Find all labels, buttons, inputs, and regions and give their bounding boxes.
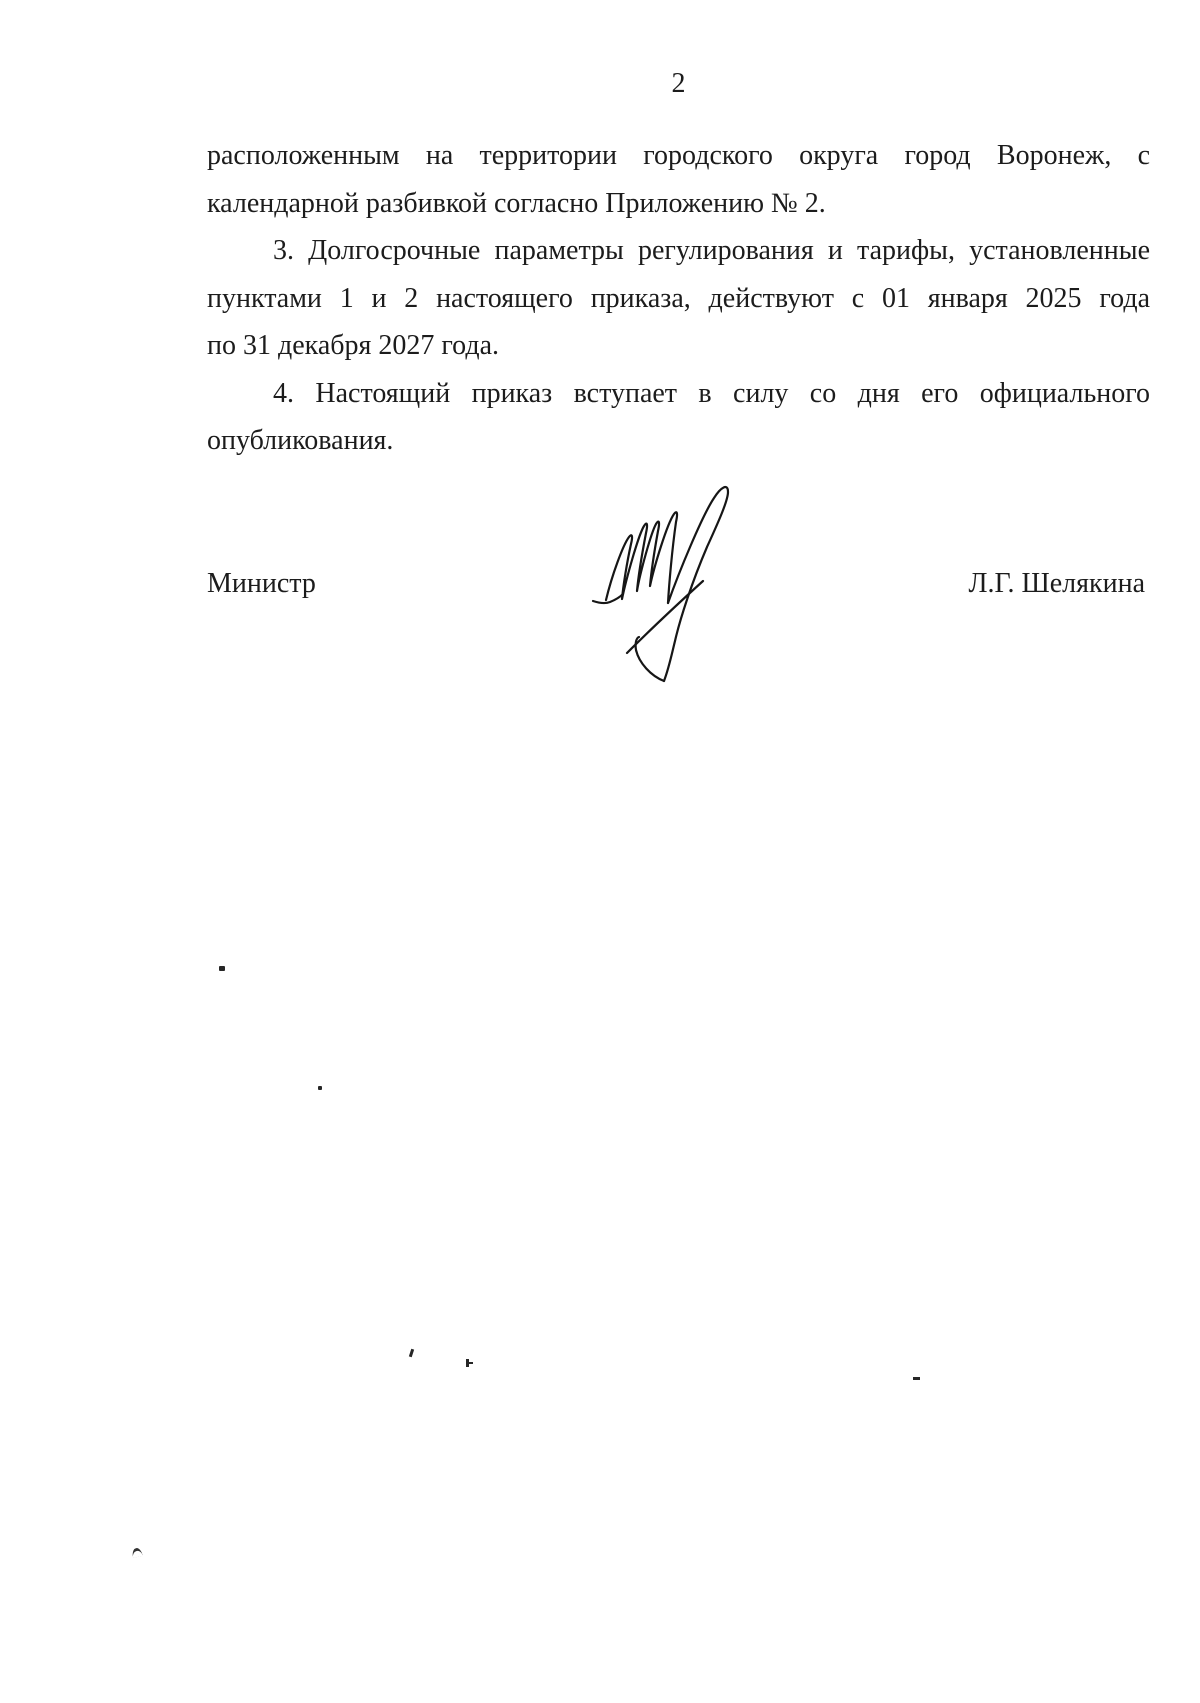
body-text: расположенным на территории городского о…: [207, 132, 1150, 465]
scan-artifact-speck: [913, 1377, 920, 1380]
document-page: 2 расположенным на территории городского…: [0, 0, 1200, 1703]
scan-artifact-speck: [131, 1547, 143, 1558]
scan-artifact-speck: [409, 1349, 414, 1358]
body-line: 3. Долгосрочные параметры регулирования …: [207, 227, 1150, 275]
signatory-name: Л.Г. Шелякина: [968, 568, 1145, 600]
body-line: опубликования.: [207, 417, 1150, 465]
body-line: расположенным на территории городского о…: [207, 132, 1150, 180]
body-line: календарной разбивкой согласно Приложени…: [207, 180, 1150, 228]
page-number: 2: [207, 70, 1150, 98]
scan-artifact-speck: [468, 1362, 473, 1364]
scan-artifact-speck: [219, 966, 225, 971]
scan-artifact-speck: [318, 1086, 322, 1090]
body-line: по 31 декабря 2027 года.: [207, 322, 1150, 370]
body-line: пунктами 1 и 2 настоящего приказа, дейст…: [207, 275, 1150, 323]
handwritten-signature: [585, 470, 745, 685]
signatory-title: Министр: [207, 568, 316, 600]
body-line: 4. Настоящий приказ вступает в силу со д…: [207, 370, 1150, 418]
